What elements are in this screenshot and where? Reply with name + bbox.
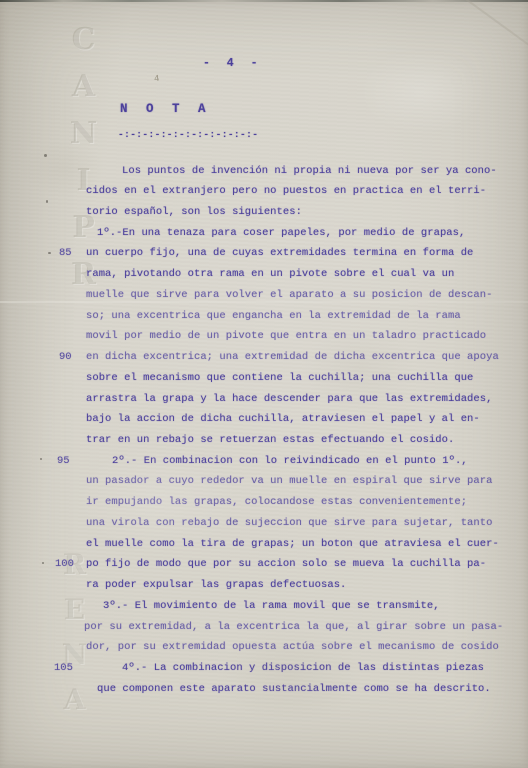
- typed-line: muelle que sirve para volver el aparato …: [86, 289, 492, 301]
- typed-line: Los puntos de invención ni propia ni nue…: [122, 165, 497, 177]
- ink-speck: [46, 200, 48, 203]
- scanned-document-page: CANIPR RENA - 4 -4N O T A-:-:-:-:-:-:-:-…: [0, 0, 528, 768]
- typed-line: po fijo de modo que por su accion solo s…: [86, 558, 486, 570]
- typed-line: bajo la accion de dicha cuchilla, atravi…: [86, 413, 480, 425]
- scan-edge-artifact: [0, 0, 528, 2]
- paper-crease: [0, 301, 528, 303]
- ink-speck: [48, 252, 51, 254]
- typed-line: un pasador a cuyo rededor va un muelle e…: [86, 475, 492, 487]
- typed-line: ra poder expulsar las grapas defectuosas…: [86, 579, 346, 591]
- embossed-watermark-top: CANIPR: [66, 22, 101, 304]
- typed-line: arrastra la grapa y la hace descender pa…: [86, 393, 492, 405]
- typed-line: que componen este aparato sustancialment…: [97, 683, 491, 695]
- typed-line: 4º.- La combinacion y disposicion de las…: [122, 662, 484, 674]
- margin-line-number: 90: [59, 351, 72, 363]
- typed-line: movil por medio de un pivote que entra e…: [86, 330, 486, 342]
- typed-line: trar en un rebajo se retuerzan estas efe…: [86, 434, 454, 446]
- typed-line: 2º.- En combinacion con lo reivindicado …: [112, 455, 468, 467]
- margin-line-number: 100: [55, 558, 74, 570]
- margin-line-number: 85: [59, 247, 72, 259]
- typed-line: en dicha excentrica; una extremidad de d…: [86, 351, 499, 363]
- ink-speck: [42, 562, 44, 564]
- ink-speck: [40, 458, 42, 460]
- paper-crease: [446, 0, 528, 73]
- typed-line: el muelle como la tira de grapas; un bot…: [86, 538, 499, 550]
- page-number: - 4 -: [203, 57, 263, 70]
- title-rule: -:-:-:-:-:-:-:-:-:-:-:-: [118, 129, 258, 140]
- typed-line: una virola con rebajo de sujeccion que s…: [86, 517, 492, 529]
- pencil-mark-4: 4: [153, 74, 159, 85]
- typed-line: 3º.- El movimiento de la rama movil que …: [103, 600, 440, 612]
- ink-speck: [44, 154, 47, 157]
- typed-line: por su extremidad, a la excentrica la qu…: [84, 621, 503, 633]
- margin-line-number: 105: [54, 662, 73, 674]
- typed-line: so; una excentrica que engancha en la ex…: [86, 310, 461, 322]
- typed-line: rama, pivotando otra rama en un pivote s…: [86, 268, 454, 280]
- margin-line-number: 95: [57, 455, 70, 467]
- embossed-watermark-bottom: RENA: [58, 548, 91, 728]
- typed-line: ir empujando las grapas, colocandose est…: [86, 496, 467, 508]
- typed-line: 1º.-En una tenaza para coser papeles, po…: [97, 227, 465, 239]
- typed-line: dor, por su extremidad opuesta actúa sob…: [86, 641, 499, 653]
- typed-line: sobre el mecanismo que contiene la cuchi…: [86, 372, 473, 384]
- typed-line: un cuerpo fijo, una de cuyas extremidade…: [86, 247, 473, 259]
- document-title: N O T A: [120, 102, 211, 116]
- typed-line: cidos en el extranjero pero no puestos e…: [86, 185, 486, 197]
- typed-line: torio español, son los siguientes:: [86, 206, 302, 218]
